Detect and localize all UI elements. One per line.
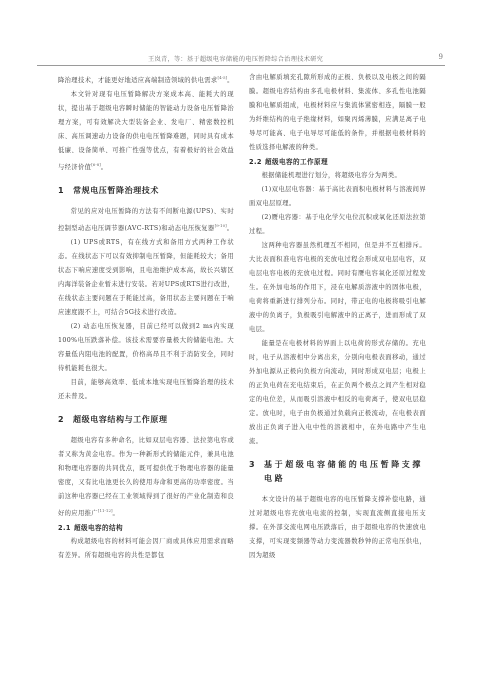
paragraph: 降治理技术，才能更好地适应高端制造领域的供电需求[4-5]。 — [58, 71, 234, 88]
paragraph: (1) UPS或RTS，有在线方式和备用方式两种工作状态。在线状态下可以有效抑制… — [58, 236, 234, 320]
subsection-heading-2-2: 2.2超级电容的工作原理 — [249, 155, 426, 169]
paragraph: 构成超级电容的材料可能会因厂商或具体应用需求而略有差异。所有超级电容的共性是都包 — [58, 535, 234, 563]
paragraph: (2)赝电容器：基于电化学欠电位沉积或氧化还原法拉第过程。 — [249, 211, 426, 239]
paragraph: 这两种电容器虽然机理互不相同，但是并不互相排斥。大比表面积准电容电极的充放电过程… — [249, 239, 426, 337]
paragraph: 目前，能够高效率、低成本地实现电压暂降治理的技术还未普及。 — [58, 376, 234, 404]
paragraph: (1)双电层电容器：基于高比表面积电极材料与溶液间界面双电层原理。 — [249, 183, 426, 211]
citation: [6-8] — [91, 162, 101, 167]
running-title: 王岚青，等：基于超级电容储能的电压暂降综合治理技术研究 — [148, 54, 323, 63]
paragraph: (2) 动态电压恢复器，目前已经可以做到2 ms内实现100%电压跌落补偿。该技… — [58, 320, 234, 376]
citation: [4-5] — [218, 75, 228, 80]
running-header: 王岚青，等：基于超级电容储能的电压暂降综合治理技术研究 9 — [37, 51, 445, 66]
citation: [9-10] — [215, 223, 227, 228]
paragraph: 根据储能机理进行划分，将超级电容分为两类。 — [249, 169, 426, 183]
paragraph: 含由电解质填充孔隙所形成的正极、负极以及电极之间的隔膜。超级电容结构由多孔电极材… — [249, 71, 426, 155]
citation: [11-12] — [98, 508, 113, 513]
page-number: 9 — [439, 53, 443, 61]
section-heading-2: 2超级电容结构与工作原理 — [58, 413, 234, 427]
right-column: 含由电解质填充孔隙所形成的正极、负极以及电极之间的隔膜。超级电容结构由多孔电极材… — [249, 71, 426, 563]
paragraph: 能量是在电极材料的界面上以电荷的形式存储的。充电时，电子从溶液相中分离出来，分别… — [249, 337, 426, 449]
paragraph: 本文设计的基于超级电容的电压暂降支撑补偿电路，通过对超级电容充放电电流的控制，实… — [249, 493, 426, 563]
paragraph: 常见的应对电压暂降的方法有不间断电源(UPS)、实时控制型动态电压调节器(AVC… — [58, 205, 234, 236]
section-heading-3: 3基于超级电容储能的电压暂降支撑电路 — [249, 458, 426, 486]
paragraph: 超级电容有多种命名，比如双层电容器、法拉第电容或者又称为黄金电容。作为一种新形式… — [58, 434, 234, 521]
paragraph: 本文针对现有电压暂降解决方案成本高、能耗大的现状，提出基于超级电容瞬时储能的智能… — [58, 88, 234, 175]
section-heading-1: 1常规电压暂降治理技术 — [58, 184, 234, 198]
left-column: 降治理技术，才能更好地适应高端制造领域的供电需求[4-5]。 本文针对现有电压暂… — [58, 71, 234, 563]
subsection-heading-2-1: 2.1超级电容的结构 — [58, 521, 234, 535]
